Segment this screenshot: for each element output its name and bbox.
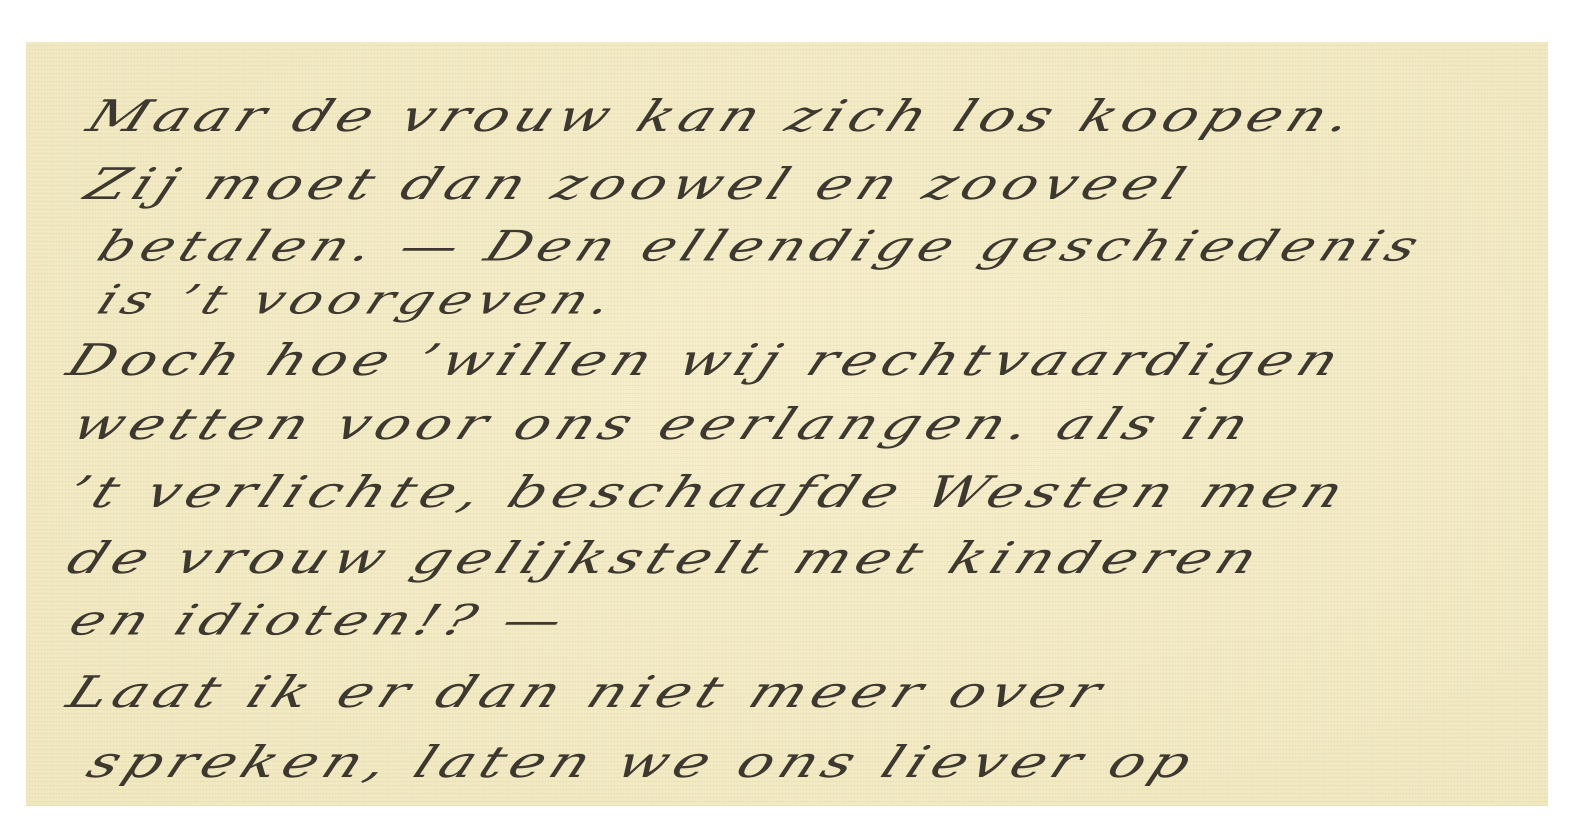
handwritten-line-9: en idioten!? — — [62, 596, 576, 645]
handwritten-line-4: is ’t voorgeven. — [90, 276, 626, 323]
handwritten-line-3: betalen. — Den ellendige geschiedenis — [90, 222, 1432, 271]
handwritten-letter-paper: Maar de vrouw kan zich los koopen. Zij m… — [26, 42, 1548, 806]
handwritten-line-8: de vrouw gelijkstelt met kinderen — [60, 533, 1272, 584]
handwritten-line-5: Doch hoe ’willen wij rechtvaardigen — [60, 335, 1353, 386]
handwritten-line-2: Zij moet dan zoowel en zooveel — [78, 159, 1199, 210]
scan-page: Maar de vrouw kan zich los koopen. Zij m… — [0, 0, 1580, 839]
handwritten-line-1: Maar de vrouw kan zich los koopen. — [80, 91, 1367, 142]
handwritten-line-10: Laat ik er dan niet meer over — [60, 667, 1116, 718]
handwritten-line-11: spreken, laten we ons liever op — [80, 737, 1205, 788]
handwritten-line-6: wetten voor ons eerlangen. als in — [65, 399, 1263, 450]
handwritten-line-7: ’t verlichte, beschaafde Westen men — [60, 467, 1358, 518]
